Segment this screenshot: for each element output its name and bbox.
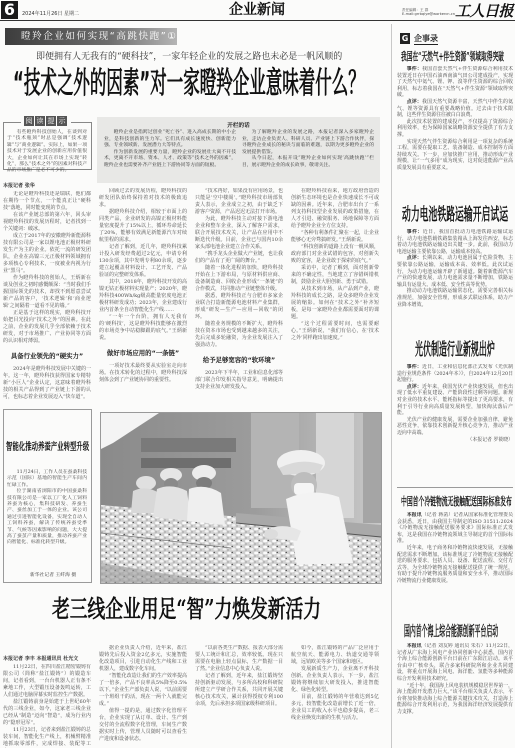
brief-label: 本报讯 <box>407 512 422 518</box>
bottom-article-byline: 本报记者 李丰 本报通讯员 杜光文 <box>3 655 78 662</box>
body-paragraph: 其中，2018年，瞪羚科技开发的高镍无钴正极材料实现量产；2020年，瞪羚科技4… <box>99 279 187 314</box>
photo-caption: 11月24日，工作人员在蚕桑科技示范（国际）基地的智能生产车间内忙碌工作。 位于… <box>7 470 87 547</box>
body-paragraph: 在该产业链总部的第六年，回头审视瞪羚科技的发展历程时，记者找到一个关键词：破冰。 <box>3 212 91 233</box>
subheading: 给予足够宽容的“软环境” <box>195 356 283 364</box>
section-icon: G <box>400 33 410 44</box>
brief-headline: 动力电池铁路运输开启试运 <box>402 206 508 225</box>
body-paragraph: 据企业负责人介绍，近年来，盐江锻铸先后投入资金2亿多元，实施智能化改造项目，引进… <box>99 645 187 673</box>
brief-body: 本报讯（记者 刘友婷 通讯员 朱石）11月22日，记者从广东海上风电产业协同创新… <box>397 643 513 748</box>
body-paragraph: 记者了解到，近年来，盐江锻铸坚持创新驱动发展，与多所高校和科研院所建立产学研合作… <box>195 673 283 708</box>
reading-tip-title: 阅 读 提 示 <box>24 116 67 126</box>
brief-divider <box>397 487 513 488</box>
reading-tip-char: 阅 <box>24 116 34 126</box>
bottom-column-2: 据企业负责人介绍，近年来，盐江锻铸先后投入资金2亿多元，实施智能化改造项目，引进… <box>99 645 187 748</box>
body-paragraph: 值得一提的是，通过数字化管理平台，企业实现了从订单、设计、生产到交付的全流程数字… <box>99 708 187 743</box>
article-column-1: 无论是瞪羚科技还是瑞联，他们都在期待一个节点，一个能真正让“硬科技”落地，同时能… <box>3 191 91 406</box>
brief-paragraph: 事件：我国首套天然气+伴生资源综合利用技术装置近日在中国石油西南油气田公司建成投… <box>397 66 513 99</box>
article-byline: 本报记者 张华 <box>3 182 35 189</box>
body-paragraph: 发展新质生产力，企业离不开科技创新。企业负责人表示，下一步，盐江锻铸将继续加大研… <box>291 666 379 694</box>
bottom-column-3: “以前各类生产数据、报表大部分需要人工统计和汇总，效率较低。现在只需要在电脑上轻… <box>195 645 283 748</box>
body-paragraph: 11月22日，在四川盐江精密锻铸有限公司（简称“盐江锻铸”）的锻造车间，记者看到… <box>3 664 91 699</box>
brief-paragraph: 点评：近年来，我国光伏产业快速发展，但也出现了低水平重复建设、产能阶段性过剩等问… <box>397 384 513 417</box>
bottom-article-headline: 老三线企业用足“智”力焕发新活力 <box>52 596 321 622</box>
body-paragraph: 随着业务规模的不断扩大，瞪羚科技在资本市场也受到越来越多的关注，先后完成多轮融资… <box>195 321 283 349</box>
reading-tip-char: 示 <box>57 116 67 126</box>
body-paragraph: 一项好技术最终要从实验室走向市场。在技术转化的过程中，瞪羚科技深刻体会到了产业链… <box>99 363 187 384</box>
column-intro-text-right: 为了解瞪羚企业的发展之路，本报记者深入多家瞪羚企业，走访企业负责人、科研人员、产… <box>242 130 374 170</box>
brief-paragraph: 点评：我国天然气资源丰富，天然气中伴生的氦气、锂等资源具有重要战略价值。过去由于… <box>397 99 513 119</box>
brief-label: 本报讯 <box>407 643 422 649</box>
brief-signature: （本报记者 罗筱晓） <box>397 437 513 444</box>
header-divider <box>0 20 515 21</box>
body-paragraph: “科技创新的道路上没有一帆风顺，政府部门对企业试错的包容，对创新失败的宽容，是企… <box>291 244 379 265</box>
body-paragraph: 回顾过去的发展历程，瞪羚科技的研发团队始终保持着对技术的极致追求。 <box>99 188 187 209</box>
editor-email: E-mail:grrbqiye@workercn.cn <box>402 12 455 16</box>
subheading: 具备行业领先的“硬实力” <box>3 352 91 360</box>
body-paragraph: 从技术到市场，从产品到产业，瞪羚科技的成长之路，是众多瞪羚企业发展的缩影。如何在… <box>291 286 379 321</box>
body-paragraph: “这个过程需要时间，也需要耐心。”王炳新说，“我们有信心，在‘技术之外’同样跑出… <box>291 321 379 342</box>
brief-label: 事件： <box>407 229 423 235</box>
body-paragraph: “携手龙头企业做大产业链，也让我们的产品有了更广阔的舞台。” <box>195 251 283 265</box>
page-number: 6 <box>1 1 18 19</box>
silk-workshop-photo <box>101 413 381 583</box>
article-kicker: 即便拥有人无我有的“硬科技”，一家年轻企业的发展之路也未必是一帆风顺的 <box>36 52 342 63</box>
intro-paragraph: 作为创新发展的重要力量，瞪羚企业的发展壮大离不开技术，更离不开市场、资本、人才、… <box>104 150 236 170</box>
news-photo <box>100 412 382 584</box>
brief-text: （记者 刘友婷 通讯员 朱石）11月22日，记者从广东海上风电产业协同创新中心获… <box>397 643 513 682</box>
intro-paragraph: 瞪羚企业是指跨过创业“死亡谷”、进入高成长期的中小企业，是科技创新的生力军。它们… <box>104 130 236 150</box>
body-paragraph: “一年一个台阶，拥有人无我有的‘硬科技’，这是瞪羚科技能够在激烈的市场竞争中站稳… <box>99 314 187 342</box>
caption-paragraph: 位于湖南省浏阳市的中国蚕桑科技有限公司是一家以工厂化人工饲料养蚕为核心，集科技研… <box>7 489 87 547</box>
brief-paragraph: 此次技术装置的建成投产，不仅提高了资源综合利用效率，也为保障国家战略资源安全提供… <box>397 119 513 139</box>
caption-paragraph: 11月24日，工作人员在蚕桑科技示范（国际）基地的智能生产车间内忙碌工作。 <box>7 470 87 489</box>
body-paragraph: “智能化改造让我们的生产效率提高了一倍多，产品不良率从5%降至0.5%以下。”企… <box>99 673 187 708</box>
body-paragraph: 2023年下半年，工业和信息化部等部门联合印发相关指导意见，明确提出支持企业加大… <box>195 370 283 391</box>
body-paragraph: 11月23日，记者来到盐江锻铸的总装车间，智能化生产线上，机械臂精准地抓取零部件… <box>3 727 91 748</box>
brief-body: 本报讯（记者 蒋菡）记者从国家标准化管理委员会获悉，近日，由我国主导制定的ISO… <box>397 512 513 620</box>
brief-paragraph: “近十年，我国海上风电装机规模稳居世界第一，海上能源开发潜力巨大。”该平台相关负… <box>397 683 513 716</box>
body-paragraph: 盐江锻铸前身是始建于上世纪60年代的三线企业，如今，这家老三线企业已经从“制造”… <box>3 699 91 727</box>
body-paragraph: 采访中，记者了解到，面对创新带来的不确定性，当地建立了容错纠错机制，鼓励企业大胆… <box>291 265 379 286</box>
photo-credit: 新华社记者 王纤海 摄 <box>30 571 76 578</box>
newspaper-page: 6 2024年11月26日 星期二 企业新闻 责任编辑：王 群 E-mail:g… <box>0 0 515 748</box>
body-paragraph: 随着一体化进程的加快，瞪羚科技开始在上下游布局，与原材料供应商、设备制造商、回收… <box>195 265 283 293</box>
newspaper-logo: 工人日报 <box>455 2 513 20</box>
intro-paragraph: 为了解瞪羚企业的发展之路，本报记者深入多家瞪羚企业，走访企业负责人、科研人员、产… <box>242 130 374 156</box>
body-paragraph: 2024年是瞪羚科技发展中关键的一年。这一年，瞪羚科技获得国家专精特新“小巨人”… <box>3 366 91 401</box>
brief-label: 点评： <box>407 255 422 261</box>
brief-paragraph: 推动动力电池铁路运输常态化，需要完善相关标准规范，加强安全管理，形成多式联运体系… <box>397 288 513 308</box>
brief-paragraph: 事件：近日，我国首批动力电池铁路运输试运行，动力电池搭载铁路集装箱从上海发往西安… <box>397 229 513 255</box>
reading-tip-rule <box>71 122 91 123</box>
body-paragraph: 在瞪羚科技看来，地方政府营造的创新生态环境也是企业快速成长不可或缺的因素。近年来… <box>291 188 379 230</box>
body-paragraph: 为此，瞪羚科技主动对接下游电池企业和整车企业，深入了解客户需求，联合开展技术攻关… <box>195 216 283 251</box>
body-paragraph: 记者了解到，近几年，瞪羚科技累计投入研发经费超过2亿元，申请专利130余项，其中… <box>99 244 187 279</box>
brief-label: 事件： <box>407 66 422 72</box>
reading-tip-rule <box>3 122 21 123</box>
section-title: 企业新闻 <box>229 2 285 18</box>
brief-paragraph: 近年来，电子商务和冷链物流快速发展，无接触配送需求不断增加。该标准规定了冷链物流… <box>397 545 513 585</box>
body-paragraph: 据悉，瞪羚科技正与合肥市多家企业联合打造新能源电池材料产业集群，形成“研发—生产… <box>195 293 283 321</box>
body-paragraph: “以前各类生产数据、报表大部分需要人工统计和汇总，效率较低。现在只需要在电脑上轻… <box>195 645 283 673</box>
brief-label: 事件： <box>407 364 422 370</box>
brief-paragraph: 本报讯（记者 刘友婷 通讯员 朱石）11月22日，记者从广东海上风电产业协同创新… <box>397 643 513 683</box>
intro-paragraph: 从今日起，本报开设“瞪羚企业如何实现‘高跳快跑’”栏目，展示瞪羚企业的成长故事，… <box>242 156 374 169</box>
photo-feature-title: 智能化推动养蚕产业转型升级 <box>6 442 89 454</box>
right-section-label: 企事录 <box>414 33 438 45</box>
series-banner: 瞪羚企业如何实现“高跳快跑”① <box>5 28 177 45</box>
body-paragraph: 目前，盐江锻铸的年营收达到5亿多元，较智能化改造前增长了近一倍，企业员工的收入水… <box>291 694 379 722</box>
column-intro-text-left: 瞪羚企业是指跨过创业“死亡谷”、进入高成长期的中小企业，是科技创新的生力军。它们… <box>104 130 236 170</box>
brief-headline: 中国首个冷链物流无接触配送国际标准发布 <box>401 495 512 508</box>
bottom-column-1: 11月22日，在四川盐江精密锻铸有限公司（简称“盐江锻铸”）的锻造车间，记者看到… <box>3 664 91 748</box>
issue-date: 2024年11月26日 星期二 <box>22 10 79 17</box>
bottom-column-4: 如今，盐江锻铸的产品广泛应用于航空航天、能源电力、轨道交通等领域，远销欧美等多个… <box>291 645 379 748</box>
brief-body: 事件：近日，工业和信息化部正式发布《光伏制造行业规范条件（2024年本）》，自2… <box>397 364 513 484</box>
body-paragraph: 如今，盐江锻铸的产品广泛应用于航空航天、能源电力、轨道交通等领域，远销欧美等多个… <box>291 645 379 666</box>
article-column-2: 回顾过去的发展历程，瞪羚科技的研发团队始终保持着对技术的极致追求。 据瞪羚科技介… <box>99 188 187 406</box>
brief-headline: 光伏制造行业新规出炉 <box>415 341 495 360</box>
brief-body: 事件：我国首套天然气+伴生资源综合利用技术装置近日在中国石油西南油气田公司建成投… <box>397 66 513 201</box>
brief-paragraph: 光伏产业的健康发展，需要企业加强自律，避免恶性竞争，依靠技术创新提升核心竞争力，… <box>397 417 513 437</box>
body-paragraph: 无论是瞪羚科技还是瑞联，他们都在期待一个节点，一个能真正让“硬科技”落地，同时能… <box>3 191 91 212</box>
body-paragraph: 正是基于这样的现实，瞪羚科技开始把目光投向“技术之外”的因素。在此之前，企业的发… <box>3 310 91 345</box>
brief-headline: 我国在“天然气+伴生资源”领域取得突破 <box>401 50 504 63</box>
brief-paragraph: 点评：长期以来，动力电池因属于危险货物，主要依靠公路运输，运输成本高、效率低。此… <box>397 255 513 288</box>
series-banner-text: 瞪羚企业如何实现“高跳快跑”① <box>21 31 177 42</box>
reading-tip-char: 读 <box>35 116 45 126</box>
body-paragraph: “各种有利条件汇聚在一起，让企业能够心无旁骛搞研发。”王炳新说。 <box>291 230 379 244</box>
brief-paragraph: 本报讯（记者 蒋菡）记者从国家标准化管理委员会获悉，近日，由我国主导制定的ISO… <box>397 512 513 545</box>
body-paragraph: 作为瞪羚科技的创始人，王炳新在谈及创业之初时感慨颇深：“当时我们手握国际领先的技… <box>3 275 91 310</box>
brief-body: 事件：近日，我国首批动力电池铁路运输试运行，动力电池搭载铁路集装箱从上海发往西安… <box>397 229 513 339</box>
editor-info: 责任编辑：王 群 E-mail:grrbqiye@workercn.cn <box>402 8 455 17</box>
body-paragraph: “技术再好，如果没有应用场景，也只能是‘空中楼阁’。”瞪羚科技市场部负责人表示，… <box>195 188 283 216</box>
brief-paragraph: 实现天然气伴生资源综合利用是一项复杂的系统工程，需要在提取工艺、装备制造、成本控… <box>397 139 513 172</box>
article-column-4: 在瞪羚科技看来，地方政府营造的创新生态环境也是企业快速成长不可或缺的因素。近年来… <box>291 188 379 406</box>
column-divider <box>391 24 392 748</box>
brief-paragraph: 事件：近日，工业和信息化部正式发布《光伏制造行业规范条件（2024年本）》，自2… <box>397 364 513 384</box>
article-headline: “技术之外的因素”对一家瞪羚企业意味着什么？ <box>13 68 365 100</box>
column-intro-title: 开栏的话 <box>97 121 380 129</box>
reading-tip-char: 提 <box>46 116 56 126</box>
article-column-3: “技术再好，如果没有应用场景，也只能是‘空中楼阁’。”瞪羚科技市场部负责人表示，… <box>195 188 283 406</box>
column-intro-box: 开栏的话 瞪羚企业是指跨过创业“死亡谷”、进入高成长期的中小企业，是科技创新的生… <box>97 117 380 183</box>
reading-tip-text: 有些瞪羚科技创始人，在谈到对于“技术瓶颈”时总是强调“技术逻辑”与“商业逻辑”。… <box>7 130 87 175</box>
brief-label: 点评： <box>407 99 422 105</box>
subheading: 做好市场应用的“一条链” <box>99 349 187 357</box>
brief-headline: 国内首个海上综合能源创新平台启动 <box>404 624 498 640</box>
body-paragraph: 成立于2017年的安徽瞪羚新能源科技有限公司是一家以锂电池正极材料研发生产为主的… <box>3 233 91 275</box>
body-paragraph: 据瞪羚科技介绍，相较于市面上的同类产品，企业研发的高镍正极材料能量密度提升了15… <box>99 209 187 244</box>
brief-label: 点评： <box>407 384 422 390</box>
